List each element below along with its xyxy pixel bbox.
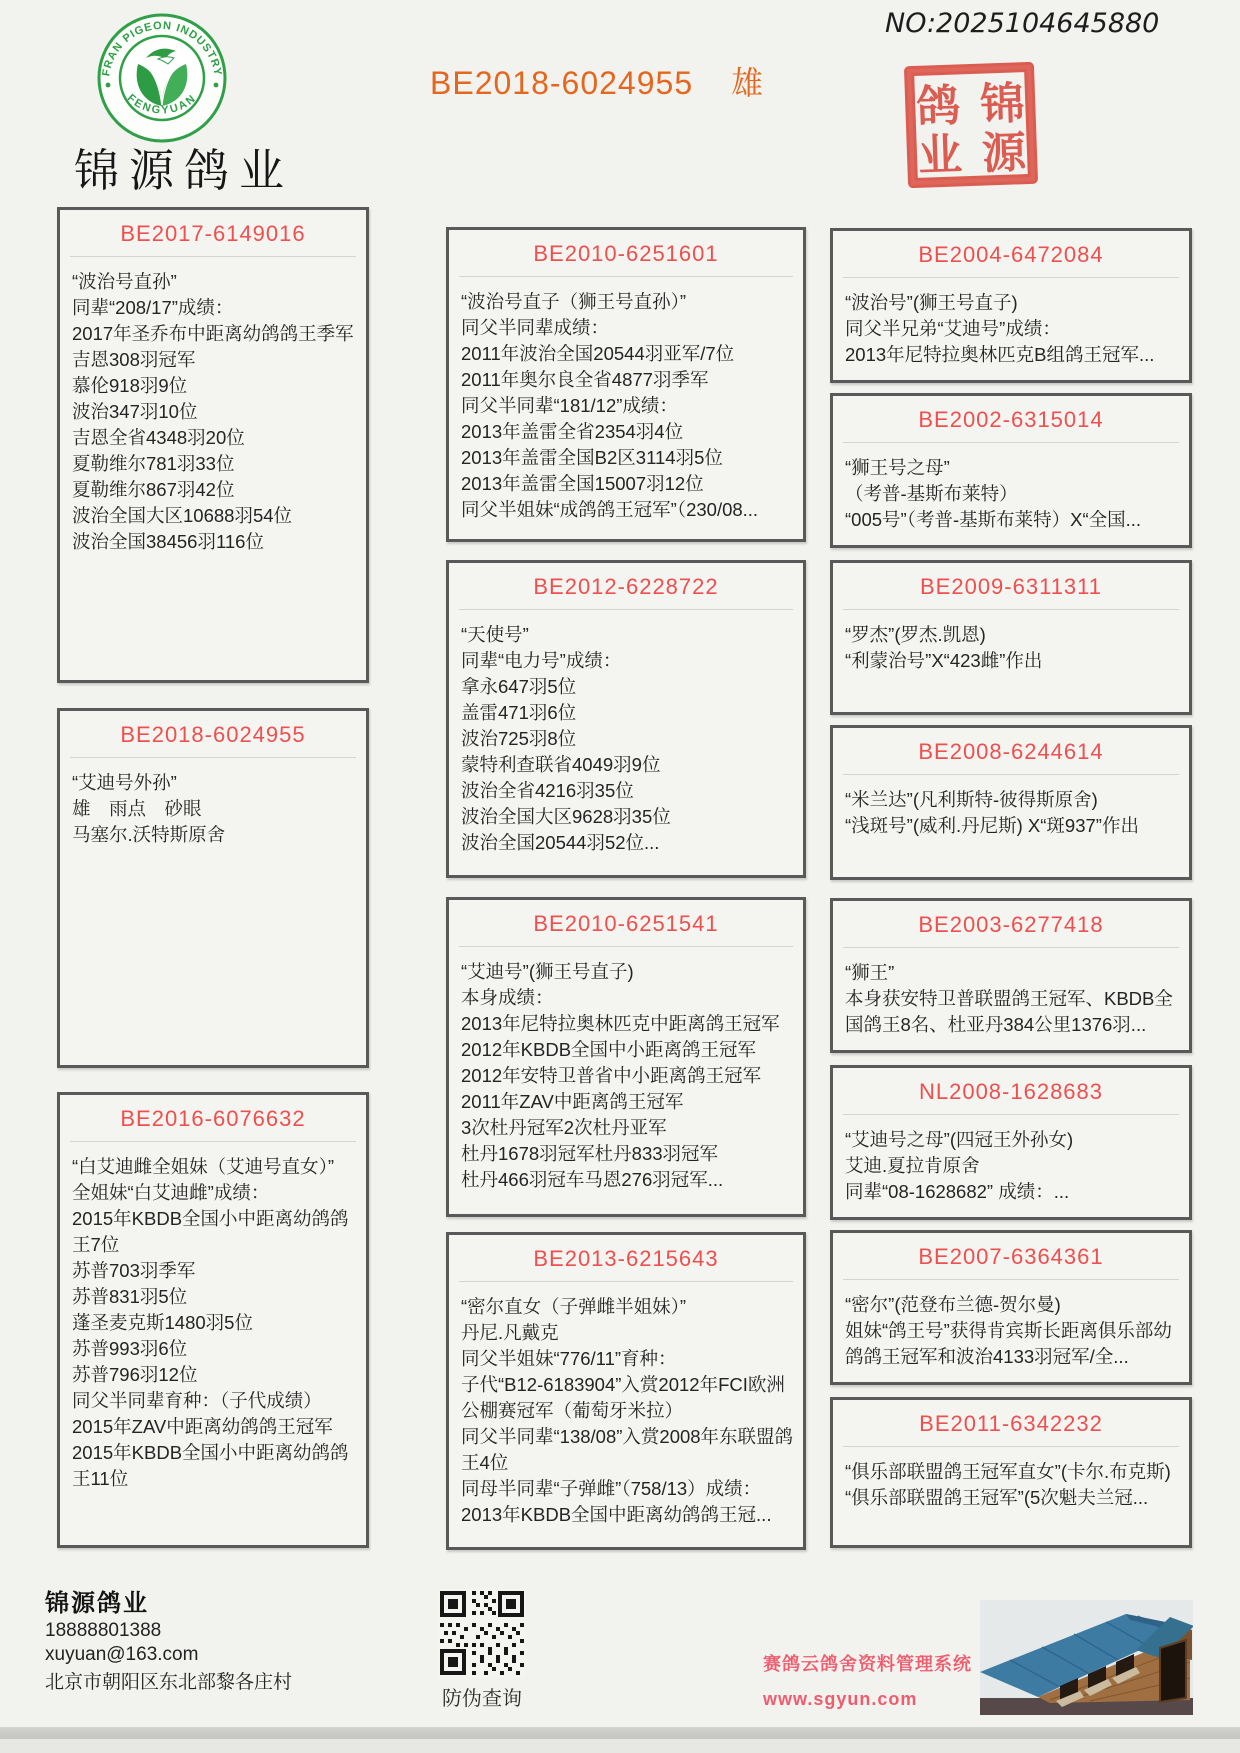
pedigree-box-grandparent: BE2010-6251541 “艾迪号”(狮王号直子)本身成绩：2013年尼特拉… [446, 897, 806, 1217]
pedigree-certificate: FRAN PIGEON INDUSTRY FENGYUAN 锦 源 鸽 业 [0, 0, 1240, 1753]
pedigree-line: 夏勒维尔867羽42位 [72, 477, 364, 503]
pedigree-text: “波治号直子（狮王号直孙）”同父半同辈成绩：2011年波治全国20544羽亚军/… [449, 277, 803, 523]
pedigree-line: 苏普796羽12位 [72, 1362, 364, 1388]
pedigree-box-subject-dam-line: BE2016-6076632 “白艾迪雌全姐妹（艾迪号直女）”全姐妹“白艾迪雌”… [57, 1092, 369, 1548]
pedigree-line: 拿永647羽5位 [461, 674, 801, 700]
pedigree-line: 同辈“电力号”成绩： [461, 648, 801, 674]
pedigree-line: 波治全省4216羽35位 [461, 778, 801, 804]
pedigree-line: 同父半姐妹“776/11”育种： [461, 1346, 801, 1372]
seal-stamp: 锦 源 鸽 业 [903, 62, 1039, 188]
ring-number: BE2013-6215643 [449, 1235, 803, 1273]
pedigree-text: “艾迪号之母”(四冠王外孙女)艾迪.夏拉肯原舍同辈“08-1628682” 成绩… [833, 1115, 1189, 1205]
pedigree-line: 3次杜丹冠军2次杜丹亚军 [461, 1115, 801, 1141]
pedigree-text: “波治号直孙”同辈“208/17”成绩：2017年圣乔布中距离幼鸽鸽王季军吉恩3… [60, 257, 366, 555]
pedigree-line: “狮王号之母” [845, 455, 1187, 481]
pedigree-line: 2011年奥尔良全省4877羽季军 [461, 367, 801, 393]
pedigree-line: 蒙特利查联省4049羽9位 [461, 752, 801, 778]
pedigree-line: “密尔直女（子弹雌半姐妹）” [461, 1294, 801, 1320]
ring-number: BE2018-6024955 [60, 711, 366, 749]
pedigree-line: 2013年尼特拉奥林匹克中距离鸽王冠军 [461, 1011, 801, 1037]
pedigree-line: 同父半姐妹“成鸽鸽王冠军”（230/08... [461, 497, 801, 523]
ring-number: BE2011-6342232 [833, 1400, 1189, 1438]
pedigree-line: 丹尼.凡戴克 [461, 1320, 801, 1346]
pedigree-line: 吉恩308羽冠军 [72, 347, 364, 373]
loft-logo: FRAN PIGEON INDUSTRY FENGYUAN [96, 12, 228, 144]
footer-address: 北京市朝阳区东北部黎各庄村 [45, 1667, 292, 1694]
seal-char-tr: 锦 [979, 79, 1025, 130]
website-url: www.sgyun.com [763, 1689, 917, 1710]
pedigree-line: 同父半同辈“181/12”成绩： [461, 393, 801, 419]
footer-email: xuyuan@163.com [45, 1644, 198, 1666]
bird-ring-header: BE2018-6024955雄 [430, 58, 764, 104]
qr-code [438, 1589, 526, 1677]
ring-number: BE2016-6076632 [60, 1095, 366, 1133]
pedigree-line: 艾迪.夏拉肯原舍 [845, 1153, 1187, 1179]
pedigree-line: 波治全国38456羽116位 [72, 529, 364, 555]
pedigree-line: 波治全国大区10688羽54位 [72, 503, 364, 529]
pedigree-line: 2015年KBDB全国小中距离幼鸽鸽王7位 [72, 1206, 364, 1258]
pedigree-line: 同父半兄弟“艾迪号”成绩： [845, 316, 1187, 342]
pedigree-line: “波治号”(狮王号直子) [845, 290, 1187, 316]
pedigree-line: 雄 雨点 砂眼 [72, 796, 364, 822]
pedigree-line: 2012年安特卫普省中小距离鸽王冠军 [461, 1063, 801, 1089]
ring-number: BE2010-6251601 [449, 230, 803, 268]
pedigree-line: 盖雷471羽6位 [461, 700, 801, 726]
scan-edge-light [0, 1739, 1240, 1753]
ring-number: BE2002-6315014 [833, 396, 1189, 434]
pedigree-text: “罗杰”(罗杰.凯恩)“利蒙治号”X“423雌”作出 [833, 610, 1189, 674]
pedigree-line: 慕伦918羽9位 [72, 373, 364, 399]
pedigree-box-grandparent: BE2013-6215643 “密尔直女（子弹雌半姐妹）”丹尼.凡戴克同父半姐妹… [446, 1232, 806, 1550]
pedigree-line: 2012年KBDB全国中小距离鸽王冠军 [461, 1037, 801, 1063]
seal-char-br: 源 [981, 128, 1028, 179]
pedigree-line: 2011年波治全国20544羽亚军/7位 [461, 341, 801, 367]
pedigree-line: 2013年KBDB全国中距离幼鸽鸽王冠... [461, 1502, 801, 1528]
ring-number: BE2008-6244614 [833, 728, 1189, 766]
pedigree-line: “浅斑号”(威利.丹尼斯) X“斑937”作出 [845, 813, 1187, 839]
ring-number: BE2012-6228722 [449, 563, 803, 601]
pedigree-box-subject-sire-line: BE2017-6149016 “波治号直孙”同辈“208/17”成绩：2017年… [57, 207, 369, 683]
bird-ring-number: BE2018-6024955 [430, 65, 693, 101]
pedigree-line: 2013年盖雷全国15007羽12位 [461, 471, 801, 497]
pedigree-line: 同母半同辈“子弹雌”（758/13）成绩： [461, 1476, 801, 1502]
pedigree-line: 全姐妹“白艾迪雌”成绩： [72, 1180, 364, 1206]
pedigree-text: “狮王”本身获安特卫普联盟鸽王冠军、KBDB全国鸽王8名、杜亚丹384公里137… [833, 948, 1189, 1038]
anti-counterfeit-label: 防伪查询 [427, 1682, 537, 1711]
pedigree-box-subject: BE2018-6024955 “艾迪号外孙”雄 雨点 砂眼马塞尔.沃特斯原舍 [57, 708, 369, 1068]
pedigree-line: “白艾迪雌全姐妹（艾迪号直女）” [72, 1154, 364, 1180]
pedigree-box-greatgrandparent: BE2007-6364361 “密尔”(范登布兰德-贺尔曼)姐妹“鸽王号”获得肯… [830, 1230, 1192, 1385]
ring-number: BE2017-6149016 [60, 210, 366, 248]
pedigree-line: 2013年尼特拉奥林匹克B组鸽王冠军... [845, 342, 1187, 368]
seal-char-bl: 业 [917, 130, 963, 181]
pedigree-line: “艾迪号”(狮王号直子) [461, 959, 801, 985]
pedigree-text: “俱乐部联盟鸽王冠军直女”(卡尔.布克斯)“俱乐部联盟鸽王冠军”(5次魁夫兰冠.… [833, 1447, 1189, 1511]
pedigree-line: “密尔”(范登布兰德-贺尔曼) [845, 1292, 1187, 1318]
pedigree-text: “白艾迪雌全姐妹（艾迪号直女）”全姐妹“白艾迪雌”成绩：2015年KBDB全国小… [60, 1142, 366, 1492]
pedigree-line: 苏普831羽5位 [72, 1284, 364, 1310]
pedigree-line: “狮王” [845, 960, 1187, 986]
pedigree-text: “艾迪号外孙”雄 雨点 砂眼马塞尔.沃特斯原舍 [60, 758, 366, 848]
pedigree-line: “俱乐部联盟鸽王冠军直女”(卡尔.布克斯) [845, 1459, 1187, 1485]
pedigree-line: “艾迪号外孙” [72, 770, 364, 796]
pedigree-line: 波治全国20544羽52位... [461, 830, 801, 856]
pedigree-line: 杜丹466羽冠车马恩276羽冠军... [461, 1167, 801, 1193]
pedigree-line: 夏勒维尔781羽33位 [72, 451, 364, 477]
loft-name-heading: 锦源鸽业 [74, 134, 294, 199]
pedigree-line: “波治号直子（狮王号直孙）” [461, 289, 801, 315]
pedigree-line: 吉恩全省4348羽20位 [72, 425, 364, 451]
pedigree-line: 苏普993羽6位 [72, 1336, 364, 1362]
footer-loft-name: 锦源鸽业 [45, 1583, 149, 1618]
pedigree-line: （考普-基斯布莱特） [845, 481, 1187, 507]
pedigree-line: 同辈“208/17”成绩： [72, 295, 364, 321]
serial-number: NO:2025104645880 [885, 8, 1159, 39]
ring-number: BE2007-6364361 [833, 1233, 1189, 1271]
pedigree-line: 波治725羽8位 [461, 726, 801, 752]
pedigree-box-grandparent: BE2010-6251601 “波治号直子（狮王号直孙）”同父半同辈成绩：201… [446, 227, 806, 542]
pedigree-line: 2013年盖雷全国B2区3114羽5位 [461, 445, 801, 471]
pedigree-line: 波治347羽10位 [72, 399, 364, 425]
pedigree-box-greatgrandparent: BE2002-6315014 “狮王号之母”（考普-基斯布莱特）“005号”（考… [830, 393, 1192, 548]
scan-edge-shadow [0, 1727, 1240, 1739]
pedigree-line: “利蒙治号”X“423雌”作出 [845, 648, 1187, 674]
pedigree-line: 同父半同辈成绩： [461, 315, 801, 341]
pedigree-box-greatgrandparent: NL2008-1628683 “艾迪号之母”(四冠王外孙女)艾迪.夏拉肯原舍同辈… [830, 1065, 1192, 1220]
pedigree-line: “天使号” [461, 622, 801, 648]
pedigree-box-grandparent: BE2012-6228722 “天使号”同辈“电力号”成绩：拿永647羽5位盖雷… [446, 560, 806, 878]
pedigree-line: 2013年盖雷全省2354羽4位 [461, 419, 801, 445]
system-name: 赛鸽云鸽舍资料管理系统 [763, 1654, 972, 1674]
pedigree-line: “罗杰”(罗杰.凯恩) [845, 622, 1187, 648]
seal-char-tl: 鸽 [915, 81, 961, 132]
pedigree-box-greatgrandparent: BE2009-6311311 “罗杰”(罗杰.凯恩)“利蒙治号”X“423雌”作… [830, 560, 1192, 715]
pedigree-line: “米兰达”(凡利斯特-彼得斯原舍) [845, 787, 1187, 813]
pedigree-line: 波治全国大区9628羽35位 [461, 804, 801, 830]
pedigree-line: 2015年KBDB全国小中距离幼鸽鸽王11位 [72, 1440, 364, 1492]
ring-number: BE2004-6472084 [833, 231, 1189, 269]
ring-number: NL2008-1628683 [833, 1068, 1189, 1106]
pedigree-line: 子代“B12-6183904”入赏2012年FCI欧洲公棚赛冠军（葡萄牙米拉） [461, 1372, 801, 1424]
pedigree-line: 2017年圣乔布中距离幼鸽鸽王季军 [72, 321, 364, 347]
pedigree-line: “波治号直孙” [72, 269, 364, 295]
pedigree-text: “密尔直女（子弹雌半姐妹）”丹尼.凡戴克同父半姐妹“776/11”育种：子代“B… [449, 1282, 803, 1528]
pedigree-line: “005号”（考普-基斯布莱特）X“全国... [845, 507, 1187, 533]
pedigree-text: “波治号”(狮王号直子)同父半兄弟“艾迪号”成绩：2013年尼特拉奥林匹克B组鸽… [833, 278, 1189, 368]
pedigree-line: “俱乐部联盟鸽王冠军”(5次魁夫兰冠... [845, 1485, 1187, 1511]
pedigree-line: 本身成绩： [461, 985, 801, 1011]
pedigree-text: “米兰达”(凡利斯特-彼得斯原舍)“浅斑号”(威利.丹尼斯) X“斑937”作出 [833, 775, 1189, 839]
pedigree-line: 同父半同辈育种：（子代成绩） [72, 1388, 364, 1414]
footer-phone: 18888801388 [45, 1620, 161, 1642]
pedigree-line: 马塞尔.沃特斯原舍 [72, 822, 364, 848]
pedigree-text: “狮王号之母”（考普-基斯布莱特）“005号”（考普-基斯布莱特）X“全国... [833, 443, 1189, 533]
pedigree-line: 苏普703羽季军 [72, 1258, 364, 1284]
ring-number: BE2009-6311311 [833, 563, 1189, 601]
pedigree-line: 蓬圣麦克斯1480羽5位 [72, 1310, 364, 1336]
ring-number: BE2010-6251541 [449, 900, 803, 938]
pedigree-line: 杜丹1678羽冠军杜丹833羽冠军 [461, 1141, 801, 1167]
pedigree-box-greatgrandparent: BE2003-6277418 “狮王”本身获安特卫普联盟鸽王冠军、KBDB全国鸽… [830, 898, 1192, 1053]
pedigree-line: 同辈“08-1628682” 成绩：... [845, 1179, 1187, 1205]
pedigree-text: “密尔”(范登布兰德-贺尔曼)姐妹“鸽王号”获得肯宾斯长距离俱乐部幼鸽鸽王冠军和… [833, 1280, 1189, 1370]
ring-number: BE2003-6277418 [833, 901, 1189, 939]
pedigree-text: “天使号”同辈“电力号”成绩：拿永647羽5位盖雷471羽6位波治725羽8位蒙… [449, 610, 803, 856]
pedigree-line: 本身获安特卫普联盟鸽王冠军、KBDB全国鸽王8名、杜亚丹384公里1376羽..… [845, 986, 1187, 1038]
bird-sex-label: 雄 [731, 65, 764, 101]
pedigree-box-greatgrandparent: BE2004-6472084 “波治号”(狮王号直子)同父半兄弟“艾迪号”成绩：… [830, 228, 1192, 383]
pedigree-line: 同父半同辈“138/08”入赏2008年东联盟鸽王4位 [461, 1424, 801, 1476]
pedigree-box-greatgrandparent: BE2011-6342232 “俱乐部联盟鸽王冠军直女”(卡尔.布克斯)“俱乐部… [830, 1397, 1192, 1548]
pedigree-line: “艾迪号之母”(四冠王外孙女) [845, 1127, 1187, 1153]
pedigree-line: 姐妹“鸽王号”获得肯宾斯长距离俱乐部幼鸽鸽王冠军和波治4133羽冠军/全... [845, 1318, 1187, 1370]
pedigree-line: 2011年ZAV中距离鸽王冠军 [461, 1089, 801, 1115]
pedigree-box-greatgrandparent: BE2008-6244614 “米兰达”(凡利斯特-彼得斯原舍)“浅斑号”(威利… [830, 725, 1192, 880]
pedigree-text: “艾迪号”(狮王号直子)本身成绩：2013年尼特拉奥林匹克中距离鸽王冠军2012… [449, 947, 803, 1193]
pedigree-line: 2015年ZAV中距离幼鸽鸽王冠军 [72, 1414, 364, 1440]
loft-photo [980, 1600, 1193, 1715]
